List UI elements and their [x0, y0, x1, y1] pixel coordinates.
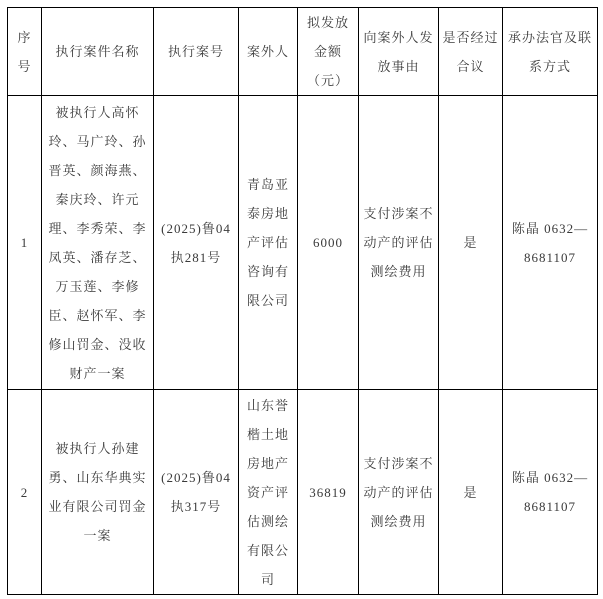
document-page: 序号 执行案件名称 执行案号 案外人 拟发放金额（元） 向案外人发放事由 是否经… [0, 0, 603, 599]
table-row: 2 被执行人孙建勇、山东华典实业有限公司罚金一案 (2025)鲁04执317号 … [8, 390, 598, 595]
cell-deliberated: 是 [439, 96, 503, 390]
cell-judge-contact: 陈晶 0632—8681107 [503, 96, 598, 390]
header-case-number: 执行案号 [154, 8, 239, 96]
header-outsider: 案外人 [239, 8, 298, 96]
cell-case-name: 被执行人孙建勇、山东华典实业有限公司罚金一案 [42, 390, 154, 595]
cell-amount: 6000 [298, 96, 359, 390]
cell-case-number: (2025)鲁04执281号 [154, 96, 239, 390]
header-amount: 拟发放金额（元） [298, 8, 359, 96]
cell-judge-contact: 陈晶 0632—8681107 [503, 390, 598, 595]
cell-amount: 36819 [298, 390, 359, 595]
cell-seq: 1 [8, 96, 42, 390]
cell-outsider: 山东誉楷土地房地产资产评估测绘有限公司 [239, 390, 298, 595]
header-row: 序号 执行案件名称 执行案号 案外人 拟发放金额（元） 向案外人发放事由 是否经… [8, 8, 598, 96]
cell-reason: 支付涉案不动产的评估测绘费用 [359, 96, 439, 390]
cell-seq: 2 [8, 390, 42, 595]
payment-disbursement-table: 序号 执行案件名称 执行案号 案外人 拟发放金额（元） 向案外人发放事由 是否经… [7, 7, 598, 595]
table-row: 1 被执行人高怀玲、马广玲、孙晋英、颜海燕、秦庆玲、许元理、李秀荣、李凤英、潘存… [8, 96, 598, 390]
cell-outsider: 青岛亚泰房地产评估咨询有限公司 [239, 96, 298, 390]
header-seq: 序号 [8, 8, 42, 96]
cell-reason: 支付涉案不动产的评估测绘费用 [359, 390, 439, 595]
header-deliberated: 是否经过合议 [439, 8, 503, 96]
header-judge-contact: 承办法官及联系方式 [503, 8, 598, 96]
header-case-name: 执行案件名称 [42, 8, 154, 96]
cell-case-name: 被执行人高怀玲、马广玲、孙晋英、颜海燕、秦庆玲、许元理、李秀荣、李凤英、潘存芝、… [42, 96, 154, 390]
cell-deliberated: 是 [439, 390, 503, 595]
cell-case-number: (2025)鲁04执317号 [154, 390, 239, 595]
header-reason: 向案外人发放事由 [359, 8, 439, 96]
